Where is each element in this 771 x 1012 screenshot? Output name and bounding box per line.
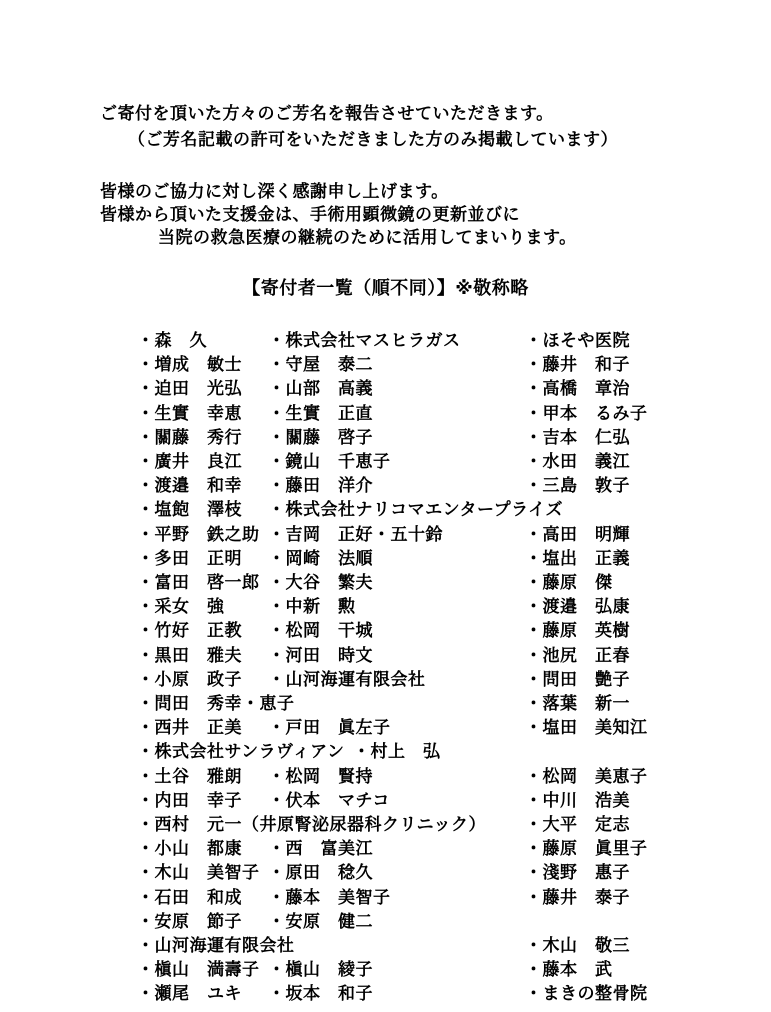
donor-entry: ・吉岡 正好・五十鈴 xyxy=(268,524,443,546)
donation-report-page: ご寄付を頂いた方々のご芳名を報告させていただきます。 （ご芳名記載の許可をいただ… xyxy=(0,0,771,1012)
donor-entry: ・株式会社ナリコマエンタープライズ xyxy=(268,499,563,521)
donor-entry: ・坂本 和子 xyxy=(268,983,373,1005)
donor-entry: ・ほそや医院 xyxy=(525,330,630,352)
donor-row: ・安原 節子・安原 健二 xyxy=(0,911,771,935)
donor-row: ・株式会社サンラヴィアン・村上 弘 xyxy=(0,741,771,765)
donor-entry: ・増成 敏士 xyxy=(137,354,242,376)
donor-entry: ・鏡山 千恵子 xyxy=(268,451,391,473)
donor-entry: ・山河海運有限会社 xyxy=(268,669,426,691)
donor-row: ・小原 政子・山河海運有限会社・問田 艶子 xyxy=(0,669,771,693)
donor-entry: ・瀬尾 ユキ xyxy=(137,983,242,1005)
donor-entry: ・まきの整骨院 xyxy=(525,983,648,1005)
donor-entry: ・伏本 マチコ xyxy=(268,790,390,812)
donor-row: ・問田 秀幸・恵子・落葉 新一 xyxy=(0,693,771,717)
donor-entry: ・廣井 良江 xyxy=(137,451,242,473)
donor-entry: ・渡邉 弘康 xyxy=(525,596,630,618)
donor-entry: ・高田 明輝 xyxy=(525,524,630,546)
donor-row: ・西井 正美・戸田 眞左子・塩田 美知江 xyxy=(0,717,771,741)
donor-entry: ・槇山 綾子 xyxy=(268,959,373,981)
donor-entry: ・渡邉 和幸 xyxy=(137,475,242,497)
donor-entry: ・西村 元一（井原腎泌尿器科クリニック） xyxy=(137,814,486,836)
donor-entry: ・小原 政子 xyxy=(137,669,242,691)
donor-entry: ・中新 勲 xyxy=(268,596,356,618)
donor-row: ・竹好 正教・松岡 干城・藤原 英樹 xyxy=(0,620,771,644)
donor-entry: ・水田 義江 xyxy=(525,451,630,473)
donor-row: ・迫田 光弘・山部 高義・高橋 章治 xyxy=(0,378,771,402)
donor-entry: ・采女 強 xyxy=(137,596,225,618)
donor-row: ・富田 啓一郎・大谷 繁夫・藤原 傑 xyxy=(0,572,771,596)
donor-entry: ・塩出 正義 xyxy=(525,548,630,570)
donor-entry: ・木山 美智子 xyxy=(137,862,260,884)
donor-entry: ・松岡 美恵子 xyxy=(525,766,648,788)
donor-row: ・増成 敏士・守屋 泰二・藤井 和子 xyxy=(0,354,771,378)
donor-entry: ・關藤 啓子 xyxy=(268,427,373,449)
donor-entry: ・生實 正直 xyxy=(268,403,373,425)
donor-entry: ・三島 敦子 xyxy=(525,475,630,497)
donor-entry: ・石田 和成 xyxy=(137,887,242,909)
donor-entry: ・岡崎 法順 xyxy=(268,548,373,570)
donor-row: ・多田 正明・岡崎 法順・塩出 正義 xyxy=(0,548,771,572)
donor-entry: ・迫田 光弘 xyxy=(137,378,242,400)
donor-entry: ・關藤 秀行 xyxy=(137,427,242,449)
donor-entry: ・松岡 干城 xyxy=(268,620,373,642)
donor-entry: ・池尻 正春 xyxy=(525,645,630,667)
donor-list: ・森 久・株式会社マスヒラガス・ほそや医院・増成 敏士・守屋 泰二・藤井 和子・… xyxy=(0,0,771,1012)
donor-entry: ・大平 定志 xyxy=(525,814,630,836)
donor-entry: ・藤井 和子 xyxy=(525,354,630,376)
donor-entry: ・淺野 惠子 xyxy=(525,862,630,884)
donor-entry: ・西井 正美 xyxy=(137,717,242,739)
donor-row: ・廣井 良江・鏡山 千恵子・水田 義江 xyxy=(0,451,771,475)
donor-row: ・瀬尾 ユキ・坂本 和子・まきの整骨院 xyxy=(0,983,771,1007)
donor-row: ・渡邉 和幸・藤田 洋介・三島 敦子 xyxy=(0,475,771,499)
donor-entry: ・河田 時文 xyxy=(268,645,373,667)
donor-row: ・采女 強・中新 勲・渡邉 弘康 xyxy=(0,596,771,620)
donor-entry: ・森 久 xyxy=(137,330,207,352)
donor-entry: ・木山 敬三 xyxy=(525,935,630,957)
donor-row: ・山河海運有限会社・木山 敬三 xyxy=(0,935,771,959)
donor-entry: ・安原 健二 xyxy=(268,911,373,933)
donor-entry: ・山河海運有限会社 xyxy=(137,935,295,957)
donor-entry: ・藤本 武 xyxy=(525,959,613,981)
donor-row: ・槇山 満壽子・槇山 綾子・藤本 武 xyxy=(0,959,771,983)
donor-row: ・西村 元一（井原腎泌尿器科クリニック）・大平 定志 xyxy=(0,814,771,838)
donor-entry: ・藤本 美智子 xyxy=(268,887,391,909)
donor-entry: ・甲本 るみ子 xyxy=(525,403,648,425)
donor-entry: ・問田 秀幸・恵子 xyxy=(137,693,295,715)
donor-entry: ・中川 浩美 xyxy=(525,790,630,812)
donor-entry: ・吉本 仁弘 xyxy=(525,427,630,449)
donor-entry: ・藤田 洋介 xyxy=(268,475,373,497)
donor-entry: ・多田 正明 xyxy=(137,548,242,570)
donor-entry: ・高橋 章治 xyxy=(525,378,630,400)
donor-entry: ・槇山 満壽子 xyxy=(137,959,260,981)
donor-row: ・塩飽 澤枝・株式会社ナリコマエンタープライズ xyxy=(0,499,771,523)
donor-entry: ・守屋 泰二 xyxy=(268,354,373,376)
donor-entry: ・藤原 眞里子 xyxy=(525,838,648,860)
donor-entry: ・大谷 繁夫 xyxy=(268,572,373,594)
donor-row: ・内田 幸子・伏本 マチコ・中川 浩美 xyxy=(0,790,771,814)
donor-entry: ・塩田 美知江 xyxy=(525,717,648,739)
donor-entry: ・西 富美江 xyxy=(268,838,373,860)
donor-entry: ・塩飽 澤枝 xyxy=(137,499,242,521)
donor-row: ・木山 美智子・原田 稔久・淺野 惠子 xyxy=(0,862,771,886)
donor-entry: ・藤井 泰子 xyxy=(525,887,630,909)
donor-row: ・生實 幸恵・生實 正直・甲本 るみ子 xyxy=(0,403,771,427)
donor-entry: ・竹好 正教 xyxy=(137,620,242,642)
donor-entry: ・山部 高義 xyxy=(268,378,373,400)
donor-entry: ・黒田 雅夫 xyxy=(137,645,242,667)
donor-row: ・森 久・株式会社マスヒラガス・ほそや医院 xyxy=(0,330,771,354)
donor-entry: ・株式会社マスヒラガス xyxy=(268,330,461,352)
donor-row: ・關藤 秀行・關藤 啓子・吉本 仁弘 xyxy=(0,427,771,451)
donor-entry: ・松岡 賢持 xyxy=(268,766,373,788)
donor-entry: ・落葉 新一 xyxy=(525,693,630,715)
donor-row: ・土谷 雅朗・松岡 賢持・松岡 美恵子 xyxy=(0,766,771,790)
donor-row: ・石田 和成・藤本 美智子・藤井 泰子 xyxy=(0,887,771,911)
donor-entry: ・株式会社サンラヴィアン xyxy=(137,741,344,763)
donor-entry: ・藤原 傑 xyxy=(525,572,613,594)
donor-entry: ・藤原 英樹 xyxy=(525,620,630,642)
donor-entry: ・土谷 雅朗 xyxy=(137,766,242,788)
donor-entry: ・生實 幸恵 xyxy=(137,403,242,425)
donor-row: ・小山 都康・西 富美江・藤原 眞里子 xyxy=(0,838,771,862)
donor-entry: ・小山 都康 xyxy=(137,838,242,860)
donor-row: ・黒田 雅夫・河田 時文・池尻 正春 xyxy=(0,645,771,669)
donor-row: ・平野 鉄之助・吉岡 正好・五十鈴・高田 明輝 xyxy=(0,524,771,548)
donor-entry: ・村上 弘 xyxy=(353,741,441,763)
donor-entry: ・戸田 眞左子 xyxy=(268,717,391,739)
donor-entry: ・原田 稔久 xyxy=(268,862,373,884)
donor-entry: ・富田 啓一郎 xyxy=(137,572,260,594)
donor-entry: ・問田 艶子 xyxy=(525,669,630,691)
donor-entry: ・平野 鉄之助 xyxy=(137,524,260,546)
donor-entry: ・内田 幸子 xyxy=(137,790,242,812)
donor-entry: ・安原 節子 xyxy=(137,911,242,933)
